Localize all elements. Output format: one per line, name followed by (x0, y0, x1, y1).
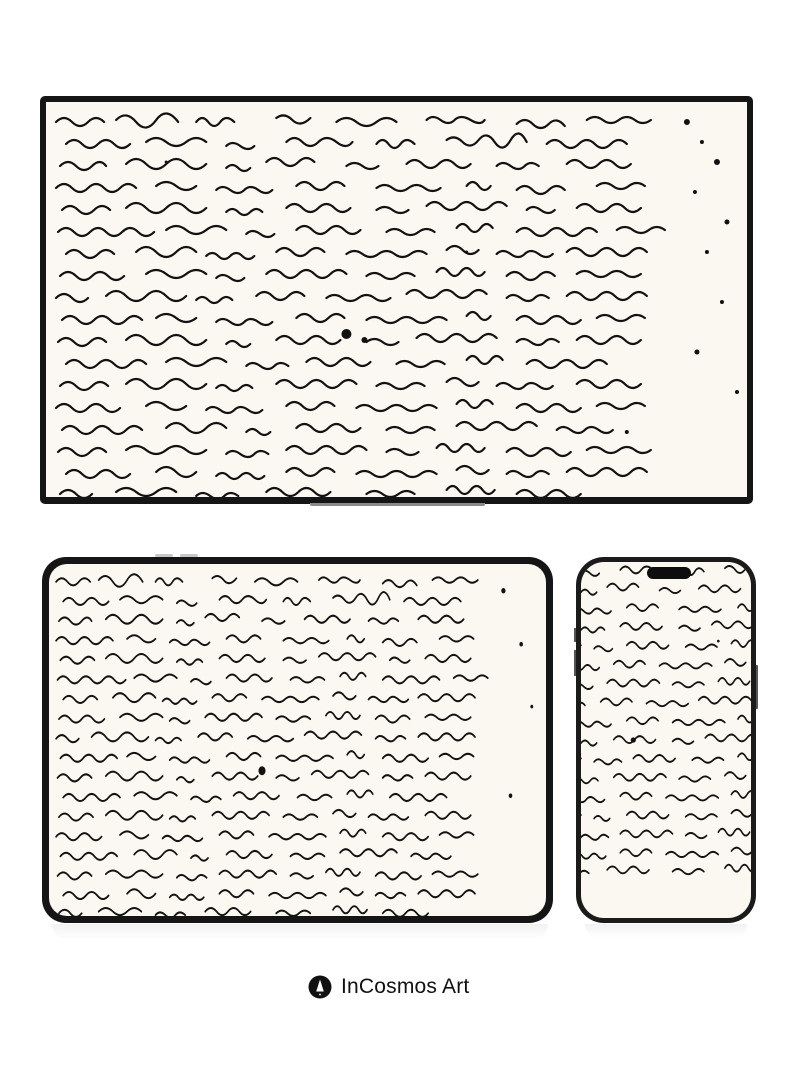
tablet-screen-wallpaper (49, 564, 546, 916)
incosmos-logo-icon (308, 975, 332, 999)
phone-frame (576, 557, 756, 923)
tablet-frame (42, 557, 553, 923)
brand-lockup: InCosmos Art (308, 973, 469, 1001)
handwriting-texture (49, 564, 546, 916)
tablet-reflection (52, 924, 548, 940)
phone-dynamic-island (647, 567, 691, 579)
brand-name: InCosmos Art (341, 975, 469, 999)
handwriting-texture (46, 102, 747, 497)
handwriting-texture (581, 562, 751, 918)
monitor-frame (40, 96, 753, 504)
monitor-stand-bar (310, 503, 485, 506)
monitor-screen-wallpaper (46, 102, 747, 497)
phone-reflection (585, 924, 747, 938)
phone-screen-wallpaper (581, 562, 751, 918)
